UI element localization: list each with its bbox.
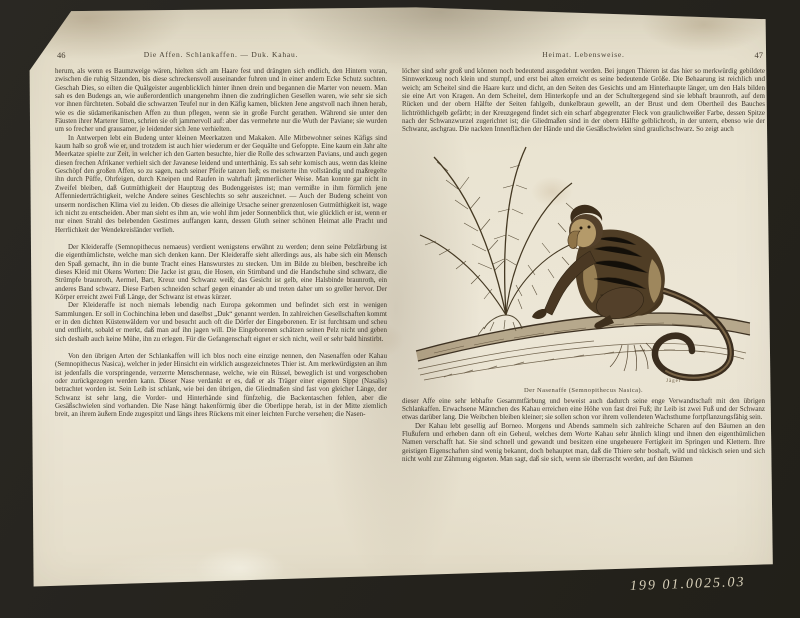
branch [416, 313, 750, 361]
handwritten-inventory-number: 199 01.0025.03 [630, 573, 800, 595]
running-header-title-right: Heimat. Lebensweise. [542, 50, 624, 59]
right-page-text-block-top: löcher sind sehr groß und können noch be… [402, 67, 765, 134]
paragraph: Der Kahau lebt gesellig auf Borneo. Morg… [402, 422, 765, 464]
page-right: Heimat. Lebensweise. 47 löcher sind sehr… [402, 50, 765, 464]
left-page-text-block: herum, als wenn es Baumzweige wären, hie… [55, 67, 387, 419]
page-number-left: 46 [57, 50, 66, 60]
proboscis-monkey-illustration: Jäger [414, 139, 754, 385]
paragraph: herum, als wenn es Baumzweige wären, hie… [55, 67, 387, 134]
figure-caption: Der Nasenaffe (Semnopithecus Nasica). [402, 387, 765, 394]
figure-block: Jäger Der Nasenaffe (Semnopithecus Nasic… [402, 139, 765, 394]
page-number-right: 47 [755, 50, 764, 60]
page-left: 46 Die Affen. Schlankaffen. — Duk. Kahau… [55, 50, 387, 419]
right-page-text-block-bottom: dieser Affe eine sehr lebhafte Gesammtfä… [402, 397, 765, 464]
running-head-right: Heimat. Lebensweise. 47 [402, 50, 765, 64]
paper-spread: 46 Die Affen. Schlankaffen. — Duk. Kahau… [0, 0, 800, 618]
paragraph: Der Kleideraffe ist noch niemals lebendi… [55, 301, 387, 343]
book-scan: 46 Die Affen. Schlankaffen. — Duk. Kahau… [0, 0, 800, 618]
running-head-left: 46 Die Affen. Schlankaffen. — Duk. Kahau… [55, 50, 387, 64]
paragraph: dieser Affe eine sehr lebhafte Gesammtfä… [402, 397, 765, 422]
running-header-title-left: Die Affen. Schlankaffen. — Duk. Kahau. [144, 50, 298, 59]
paragraph: In Antwerpen lebt ein Budeng unter klein… [55, 134, 387, 234]
paragraph: Von den übrigen Arten der Schlankaffen w… [55, 352, 387, 419]
monkey-head [567, 204, 602, 249]
engraver-signature: Jäger [666, 379, 682, 384]
paragraph: Der Kleideraffe (Semnopithecus nemaeus) … [55, 243, 387, 301]
paragraph: löcher sind sehr groß und können noch be… [402, 67, 765, 134]
monkey-engraving: Jäger [414, 139, 754, 385]
